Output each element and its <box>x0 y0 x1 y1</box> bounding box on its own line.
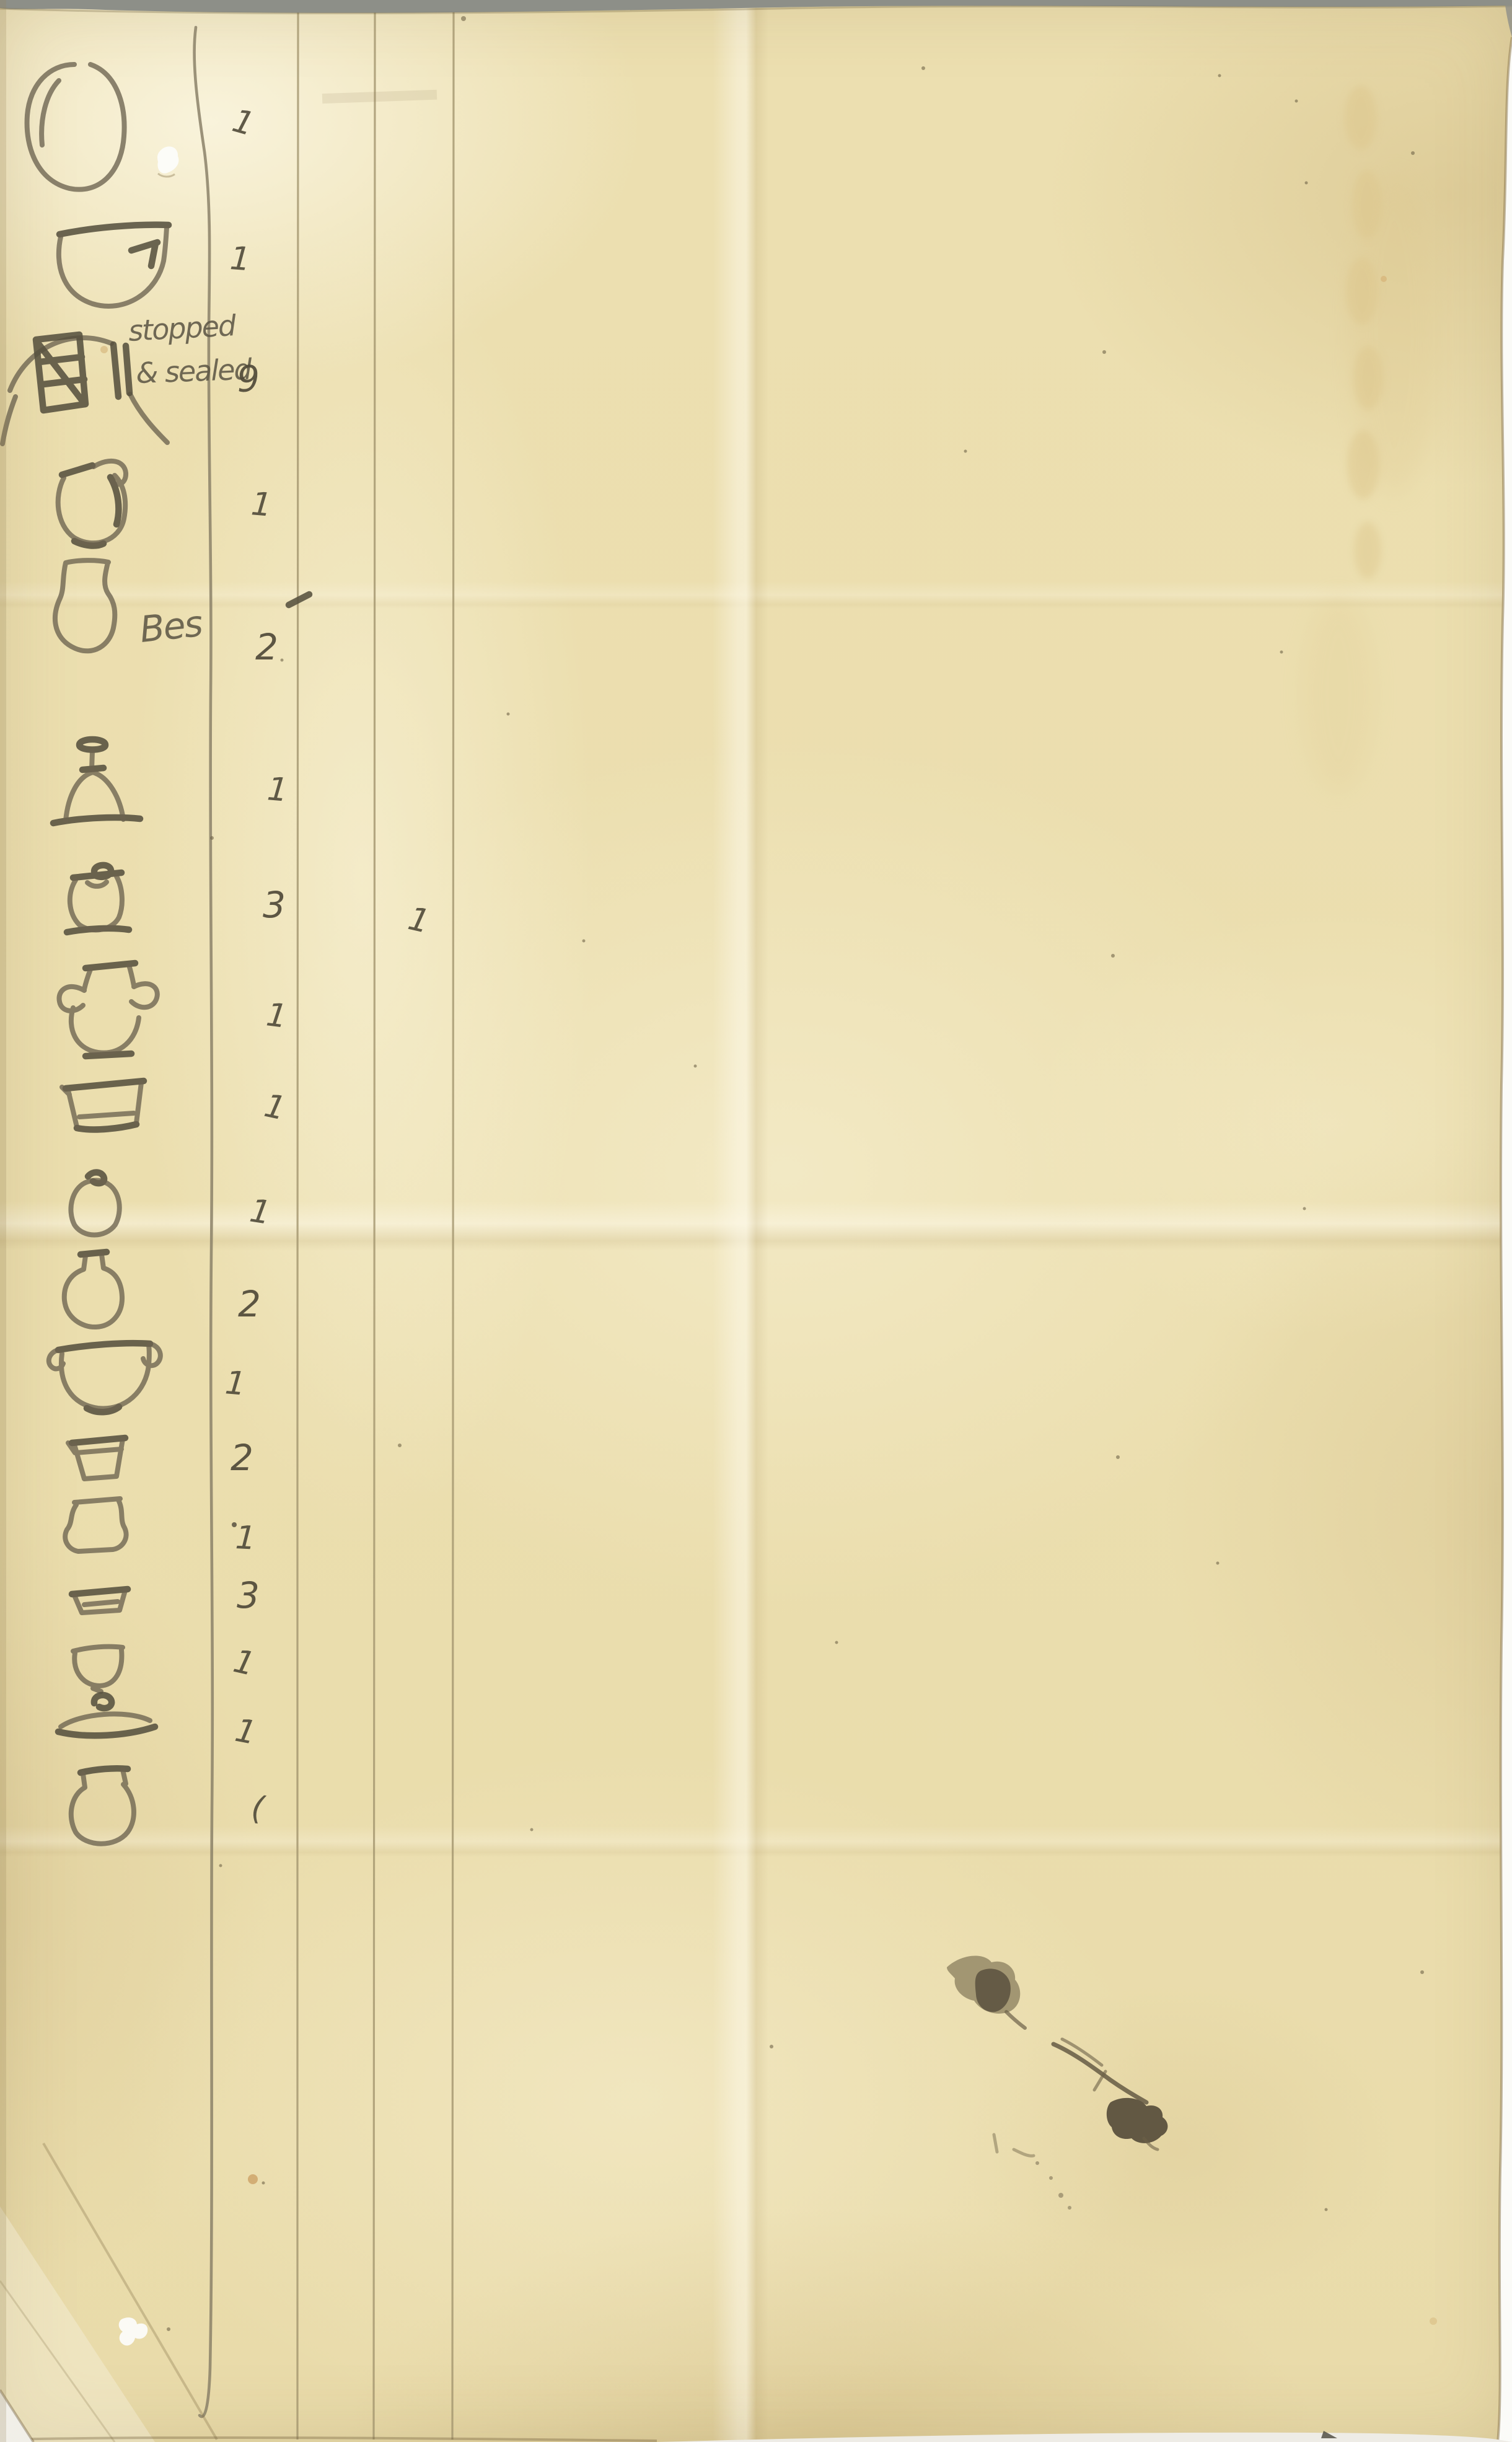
sketch-squat-bottle <box>64 1252 122 1327</box>
sketch-flowerpot-beaker <box>68 1438 125 1479</box>
tally-mark-second-column: 1 <box>405 900 433 941</box>
ink-flecks <box>994 2135 1034 2156</box>
paper-damage <box>0 146 217 2442</box>
pencil-stroke <box>59 225 169 266</box>
paper-specks <box>167 16 1424 2331</box>
sketch-lid-with-knob <box>58 1695 155 1735</box>
tally-mark: 1 <box>264 996 289 1036</box>
tally-mark: 1 <box>234 1519 257 1558</box>
tally-mark: 1 <box>232 1712 260 1752</box>
sketch-small-bowl <box>73 1647 123 1691</box>
top-right-sliver <box>1505 0 1512 37</box>
pencil-stroke <box>65 1499 126 1551</box>
scanned-notebook-page: stopped & sealed Bes 1 1 9 1 2 1 3 1 1 1… <box>0 0 1512 2442</box>
pencil-stroke <box>70 876 122 930</box>
handwritten-notes: stopped & sealed Bes <box>128 309 253 651</box>
pencil-stroke <box>49 1344 160 1409</box>
white-chip-bottom-left <box>119 2317 148 2345</box>
tally-mark: 1 <box>247 1192 273 1232</box>
tally-mark: 1 <box>261 1087 289 1128</box>
sketch-looped-pot-on-base <box>67 865 129 932</box>
pencil-stroke <box>58 1343 150 1412</box>
sketch-handled-jug <box>58 461 126 546</box>
tally-mark: 1 <box>224 1364 247 1403</box>
bottom-edge-background <box>657 2433 1512 2442</box>
ghost-mark <box>1347 430 1379 500</box>
pencil-stroke <box>27 64 125 190</box>
tally-mark: 1 <box>266 770 289 809</box>
pencil-stroke <box>55 560 115 651</box>
rust-stains <box>100 276 1437 2325</box>
pencil-stroke <box>59 965 157 1053</box>
sketch-domed-lid-with-knob <box>53 739 140 823</box>
tally-mark: 2 <box>238 1283 261 1325</box>
tally-mark: 1 <box>250 485 273 524</box>
pencil-stroke <box>68 1439 123 1479</box>
ruled-line-1 <box>297 10 298 2440</box>
tally-mark: 3 <box>263 884 286 926</box>
bleed-through-ghost-marks <box>1301 86 1438 793</box>
chip-shadow <box>158 174 175 177</box>
pencil-smudge <box>322 90 437 104</box>
ruled-line-3 <box>452 10 454 2440</box>
sketch-shallow-dish <box>72 1589 128 1613</box>
tally-mark: 1 <box>228 102 258 144</box>
ghost-mark <box>1354 522 1381 579</box>
sketch-open-jar-outline <box>27 64 125 190</box>
ink-streak <box>1053 2044 1146 2102</box>
sketch-knobbed-round-pot <box>71 1173 119 1235</box>
note-sealed: & sealed <box>135 352 253 390</box>
tally-mark: 9 <box>236 358 260 400</box>
left-edge-shadow <box>0 0 6 2442</box>
pencil-stroke <box>73 1647 123 1691</box>
sketch-bes-vase <box>55 560 115 651</box>
ink-tail <box>1006 2012 1025 2028</box>
annotation-layer: stopped & sealed Bes 1 1 9 1 2 1 3 1 1 1… <box>0 0 1512 2442</box>
pencil-stroke <box>71 1181 119 1235</box>
pencil-stroke <box>66 751 123 821</box>
sketch-flared-basin <box>62 1081 144 1129</box>
ghost-mark <box>1353 346 1383 410</box>
tally-column: 1 1 9 1 2 1 3 1 1 1 2 1 2 1 3 1 1 ( 1 <box>224 102 433 1828</box>
ruled-column-lines <box>289 10 454 2440</box>
sketch-lug-handled-bowl <box>49 1343 160 1412</box>
ghost-stain <box>1301 595 1376 793</box>
white-chip-top-left <box>157 146 178 173</box>
sketch-waisted-pot <box>65 1499 126 1551</box>
pencil-stroke <box>61 1714 150 1727</box>
ghost-mark <box>1345 86 1377 150</box>
tally-mark: 2 <box>231 1437 253 1479</box>
ink-blot <box>1107 2098 1168 2143</box>
pencil-stroke <box>71 1770 134 1844</box>
sketch-bowl-with-inner-mark <box>59 225 169 306</box>
tally-dot <box>232 1522 237 1527</box>
pencil-stroke <box>72 1438 125 1443</box>
tally-mark: 2 <box>255 626 278 668</box>
ghost-mark <box>1352 170 1382 239</box>
tick-on-ruled-line <box>289 594 309 605</box>
sketch-collared-squat-jar <box>71 1768 134 1844</box>
tally-mark: 3 <box>237 1574 260 1616</box>
ruled-line-2 <box>374 10 375 2440</box>
ghost-mark <box>1346 258 1378 325</box>
tally-mark: 1 <box>230 1642 258 1683</box>
tally-mark: 1 <box>229 240 252 278</box>
ink-droplets <box>1035 2161 1071 2210</box>
pencil-stroke <box>64 1254 122 1327</box>
pencil-stroke <box>72 1589 128 1594</box>
ink-blots <box>947 1956 1167 2210</box>
tally-mark: ( <box>250 1789 268 1828</box>
note-bes: Bes <box>138 602 204 651</box>
note-stopped: stopped <box>128 309 237 348</box>
sketch-two-handled-amphora <box>59 963 157 1056</box>
